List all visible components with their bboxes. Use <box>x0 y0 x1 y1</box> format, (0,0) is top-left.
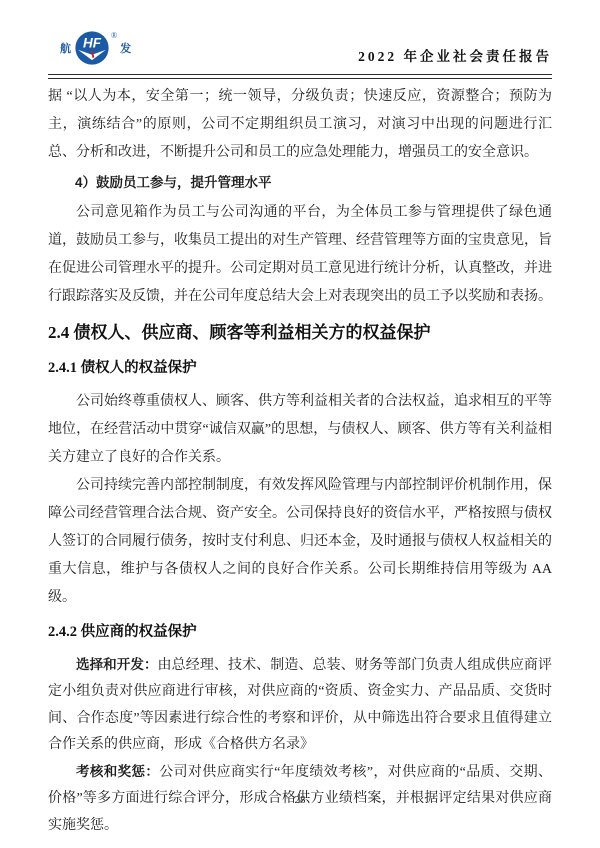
section-heading-2-4-2: 2.4.2 供应商的权益保护 <box>48 621 552 643</box>
page-number: 28 <box>0 794 600 806</box>
report-page: 航 HF ® 发 2022 年企业社会责任报告 据 “以人为本，安全第一；统一领… <box>0 0 600 848</box>
company-logo: 航 HF ® 发 <box>60 28 131 68</box>
registered-trademark-icon: ® <box>111 31 117 40</box>
supplier-assessment-label: 考核和奖惩： <box>76 764 159 779</box>
supplier-selection-label: 选择和开发： <box>76 657 158 672</box>
subheading-employee-participation: 4）鼓励员工参与，提升管理水平 <box>48 169 552 197</box>
report-title: 2022 年企业社会责任报告 <box>358 45 552 68</box>
logo-hf-text: HF <box>83 36 102 51</box>
hf-circle-icon: HF <box>74 30 110 66</box>
logo-fa-char: 发 <box>120 40 131 56</box>
document-body: 据 “以人为本，安全第一；统一领导，分级负责；快速反应，资源整合；预防为主，演练… <box>0 79 600 840</box>
page-header: 航 HF ® 发 2022 年企业社会责任报告 <box>0 0 600 79</box>
paragraph-suggestion-box: 公司意见箱作为员工与公司沟通的平台，为全体员工参与管理提供了绿色通道，鼓励员工参… <box>48 199 552 311</box>
section-heading-2-4: 2.4 债权人、供应商、顾客等利益相关方的权益保护 <box>48 321 552 345</box>
paragraph-internal-control: 公司持续完善内部控制制度，有效发挥风险管理与内部控制评价机制作用，保障公司经营管… <box>48 472 552 612</box>
paragraph-emergency-drill: 据 “以人为本，安全第一；统一领导，分级负责；快速反应，资源整合；预防为主，演练… <box>48 83 552 167</box>
section-heading-2-4-1: 2.4.1 债权人的权益保护 <box>48 357 552 379</box>
logo-hang-char: 航 <box>60 40 71 56</box>
paragraph-creditor-respect: 公司始终尊重债权人、顾客、供方等利益相关者的合法权益，追求相互的平等地位，在经营… <box>48 388 552 472</box>
paragraph-supplier-selection: 选择和开发：由总经理、技术、制造、总装、财务等部门负责人组成供应商评定小组负责对… <box>48 652 552 759</box>
